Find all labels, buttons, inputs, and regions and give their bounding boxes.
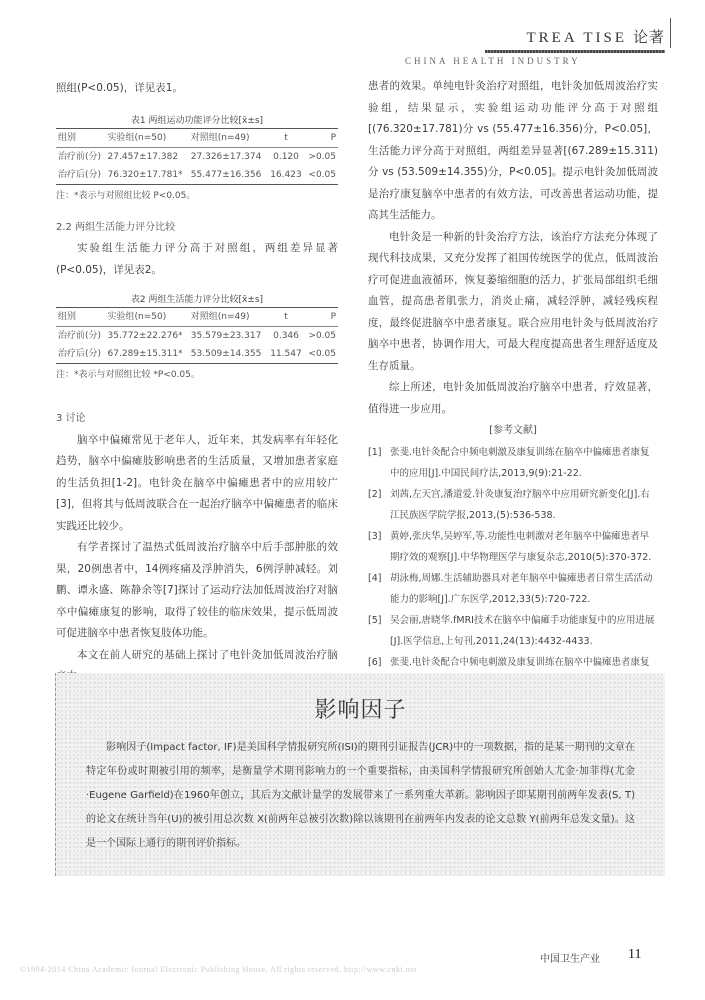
footer-journal-name: 中国卫生产业: [540, 950, 600, 965]
col-header: P: [305, 308, 338, 327]
running-header: TREA TISE论著 CHINA HEALTH INDUSTRY: [435, 26, 665, 66]
paragraph: 电针灸是一种新的针灸治疗方法，该治疗方法充分体现了现代科技成果，又充分发挥了祖国…: [368, 227, 658, 378]
cell: 67.289±15.311*: [106, 345, 189, 364]
cell: >0.05: [305, 327, 338, 346]
cell: 治疗前(分): [56, 147, 106, 166]
box-title: 影响因子: [56, 693, 665, 724]
table-header-row: 组别 实验组(n=50) 对照组(n=49) t P: [56, 128, 338, 147]
table-1-note: 注：*表示与对照组比较 P<0.05。: [56, 189, 338, 203]
left-column: 照组(P<0.05)，详见表1。 表1 两组运动功能评分比较[x̄±s] 组别 …: [56, 78, 338, 688]
cell: 35.772±22.276*: [106, 327, 189, 346]
cell: 76.320±17.781*: [106, 166, 189, 185]
journal-name-en: CHINA HEALTH INDUSTRY: [405, 56, 665, 66]
cell: 0.120: [267, 147, 304, 166]
page-number: 11: [628, 947, 641, 963]
table-1-caption: 表1 两组运动功能评分比较[x̄±s]: [56, 114, 338, 128]
paragraph: 综上所述，电针灸加低周波治疗脑卒中患者，疗效显著，值得进一步应用。: [368, 377, 658, 420]
table-1: 表1 两组运动功能评分比较[x̄±s] 组别 实验组(n=50) 对照组(n=4…: [56, 114, 338, 203]
reference-item: [3]黄婷,张庆华,吴婷军,等.功能性电刺激对老年脑卒中偏瘫患者早期疗效的观察[…: [368, 526, 658, 568]
col-header: P: [305, 128, 338, 147]
table-2-grid: 组别 实验组(n=50) 对照组(n=49) t P 治疗前(分) 35.772…: [56, 307, 338, 364]
cell: 治疗后(分): [56, 166, 106, 185]
header-divider: [670, 18, 671, 48]
table-2-note: 注：*表示与对照组比较 *P<0.05。: [56, 368, 338, 382]
header-rule: [485, 50, 665, 53]
impact-factor-box: 影响因子 影响因子(Impact factor, IF)是美国科学情报研究所(I…: [55, 673, 665, 876]
cell: 35.579±23.317: [189, 327, 268, 346]
col-header: t: [267, 308, 304, 327]
table-2-caption: 表2 两组生活能力评分比较[x̄±s]: [56, 293, 338, 307]
table-header-row: 组别 实验组(n=50) 对照组(n=49) t P: [56, 308, 338, 327]
table-row: 治疗前(分) 35.772±22.276* 35.579±23.317 0.34…: [56, 327, 338, 346]
section-3-heading: 3 讨论: [56, 408, 338, 430]
references-title: [参考文献]: [368, 420, 658, 442]
cell: 16.423: [267, 166, 304, 185]
cell: <0.05: [305, 166, 338, 185]
table-1-grid: 组别 实验组(n=50) 对照组(n=49) t P 治疗前(分) 27.457…: [56, 128, 338, 185]
reference-item: [5]吴会丽,唐晓华.fMRI技术在脑卒中偏瘫手功能康复中的应用进展[J].医学…: [368, 610, 658, 652]
cell: 治疗后(分): [56, 345, 106, 364]
section-label-en: TREA TISE: [527, 30, 627, 46]
col-header: 组别: [56, 128, 106, 147]
reference-item: [4]胡泳梅,周娜.生活辅助器具对老年脑卒中偏瘫患者日常生活活动能力的影响[J]…: [368, 568, 658, 610]
table-row: 治疗后(分) 67.289±15.311* 53.509±14.355 11.5…: [56, 345, 338, 364]
cell: >0.05: [305, 147, 338, 166]
col-header: 实验组(n=50): [106, 128, 189, 147]
reference-item: [1]张斐.电针灸配合中频电刺激及康复训练在脑卒中偏瘫患者康复中的应用[J].中…: [368, 442, 658, 484]
table-row: 治疗前(分) 27.457±17.382 27.326±17.374 0.120…: [56, 147, 338, 166]
cell: 11.547: [267, 345, 304, 364]
paragraph: 脑卒中偏瘫常见于老年人，近年来，其发病率有年轻化趋势，脑卒中偏瘫肢影响患者的生活…: [56, 430, 338, 538]
paragraph: 患者的效果。单纯电针灸治疗对照组，电针灸加低周波治疗实验组，结果显示，实验组运动…: [368, 76, 658, 227]
cell: 55.477±16.356: [189, 166, 268, 185]
cell: 27.326±17.374: [189, 147, 268, 166]
table-2: 表2 两组生活能力评分比较[x̄±s] 组别 实验组(n=50) 对照组(n=4…: [56, 293, 338, 382]
reference-item: [2]刘茜,左天宫,潘道爱.针灸康复治疗脑卒中应用研究新变化[J].右江民族医学…: [368, 484, 658, 526]
section-2-2-text: 实验组生活能力评分高于对照组，两组差异显著(P<0.05)，详见表2。: [56, 238, 338, 281]
section-label-cn: 论著: [633, 28, 665, 46]
cell: 53.509±14.355: [189, 345, 268, 364]
col-header: 对照组(n=49): [189, 128, 268, 147]
box-text: 影响因子(Impact factor, IF)是美国科学情报研究所(ISI)的期…: [86, 736, 635, 856]
col-header: 对照组(n=49): [189, 308, 268, 327]
intro-line: 照组(P<0.05)，详见表1。: [56, 78, 338, 100]
section-2-2-heading: 2.2 两组生活能力评分比较: [56, 217, 338, 239]
cell: 0.346: [267, 327, 304, 346]
copyright-line: ©1994-2014 China Academic Journal Electr…: [20, 965, 417, 974]
col-header: 实验组(n=50): [106, 308, 189, 327]
cell: 27.457±17.382: [106, 147, 189, 166]
col-header: 组别: [56, 308, 106, 327]
cell: <0.05: [305, 345, 338, 364]
table-row: 治疗后(分) 76.320±17.781* 55.477±16.356 16.4…: [56, 166, 338, 185]
col-header: t: [267, 128, 304, 147]
right-column: 患者的效果。单纯电针灸治疗对照组，电针灸加低周波治疗实验组，结果显示，实验组运动…: [368, 76, 658, 759]
paragraph: 有学者探讨了温热式低周波治疗脑卒中后手部肿胀的效果，20例患者中，14例疼痛及浮…: [56, 537, 338, 645]
cell: 治疗前(分): [56, 327, 106, 346]
